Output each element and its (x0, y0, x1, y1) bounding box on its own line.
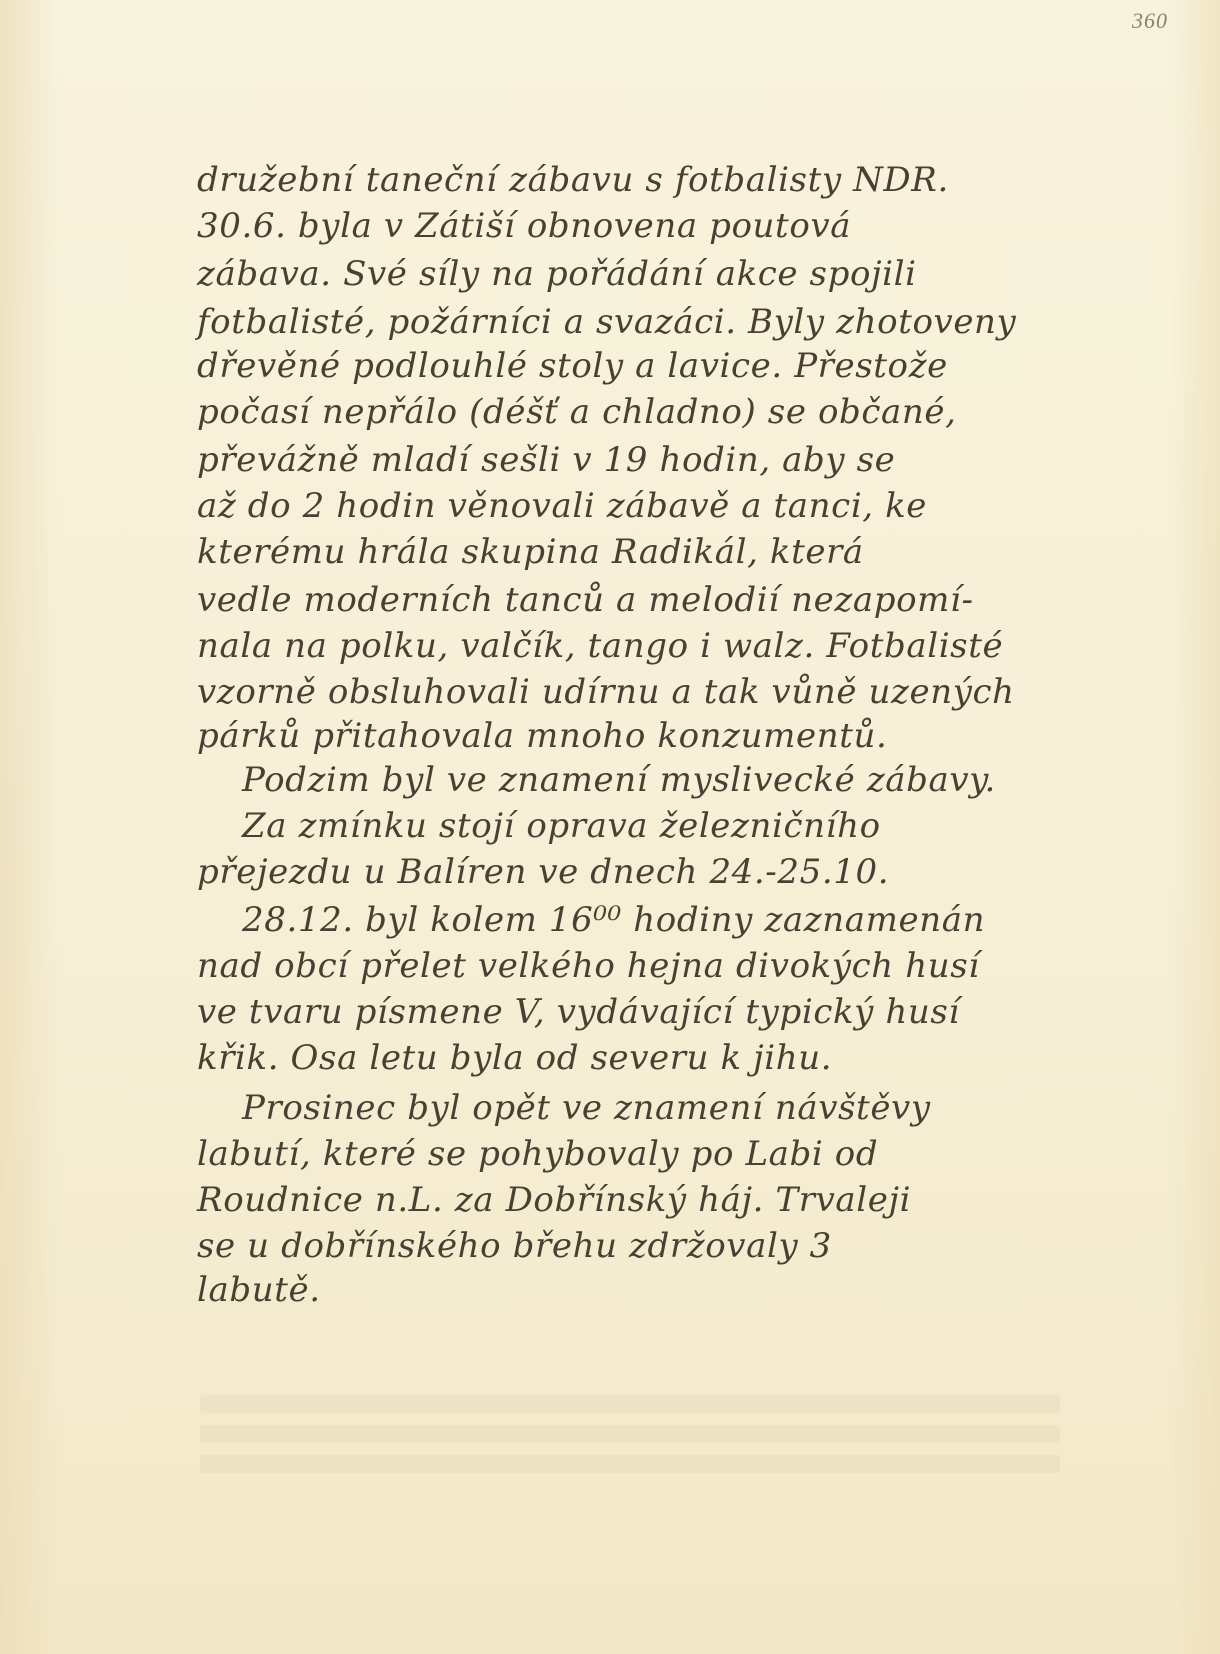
text-line-6: počasí nepřálo (déšť a chladno) se občan… (197, 392, 957, 432)
text-line-17: 28.12. byl kolem 16⁰⁰ hodiny zaznamenán (242, 900, 985, 940)
show-through-shadow (200, 1425, 1060, 1443)
text-line-14: Podzim byl ve znamení myslivecké zábavy. (242, 760, 996, 800)
text-line-7: převážně mladí sešli v 19 hodin, aby se (197, 440, 895, 480)
text-line-3: zábava. Své síly na pořádání akce spojil… (197, 254, 917, 294)
text-line-20: křik. Osa letu byla od severu k jihu. (197, 1038, 832, 1078)
text-line-8: až do 2 hodin věnovali zábavě a tanci, k… (197, 486, 927, 526)
show-through-shadow (200, 1455, 1060, 1473)
text-line-15: Za zmínku stojí oprava železničního (242, 806, 881, 846)
text-line-5: dřevěné podlouhlé stoly a lavice. Přesto… (197, 346, 948, 386)
chronicle-page: 360 družební taneční zábavu s fotbalisty… (0, 0, 1220, 1654)
text-line-10: vedle moderních tanců a melodií nezapomí… (197, 580, 974, 620)
text-line-4: fotbalisté, požárníci a svazáci. Byly zh… (197, 302, 1016, 342)
text-line-23: Roudnice n.L. za Dobřínský háj. Trvaleji (197, 1180, 911, 1220)
text-line-1: družební taneční zábavu s fotbalisty NDR… (197, 160, 949, 200)
text-line-13: párků přitahovala mnoho konzumentů. (197, 716, 887, 756)
text-line-12: vzorně obsluhovali udírnu a tak vůně uze… (197, 672, 1015, 712)
text-line-11: nala na polku, valčík, tango i walz. Fot… (197, 626, 1003, 666)
text-line-22: labutí, které se pohybovaly po Labi od (197, 1134, 878, 1174)
text-line-25: labutě. (197, 1270, 321, 1310)
text-line-9: kterému hrála skupina Radikál, která (197, 532, 864, 572)
text-line-21: Prosinec byl opět ve znamení návštěvy (242, 1088, 931, 1128)
page-number: 360 (1132, 8, 1168, 34)
text-line-2: 30.6. byla v Zátiší obnovena poutová (197, 206, 851, 246)
text-line-24: se u dobřínského břehu zdržovaly 3 (197, 1226, 832, 1266)
text-line-18: nad obcí přelet velkého hejna divokých h… (197, 946, 980, 986)
text-line-16: přejezdu u Balíren ve dnech 24.-25.10. (197, 852, 889, 892)
show-through-shadow (200, 1395, 1060, 1413)
text-line-19: ve tvaru písmene V, vydávající typický h… (197, 992, 960, 1032)
